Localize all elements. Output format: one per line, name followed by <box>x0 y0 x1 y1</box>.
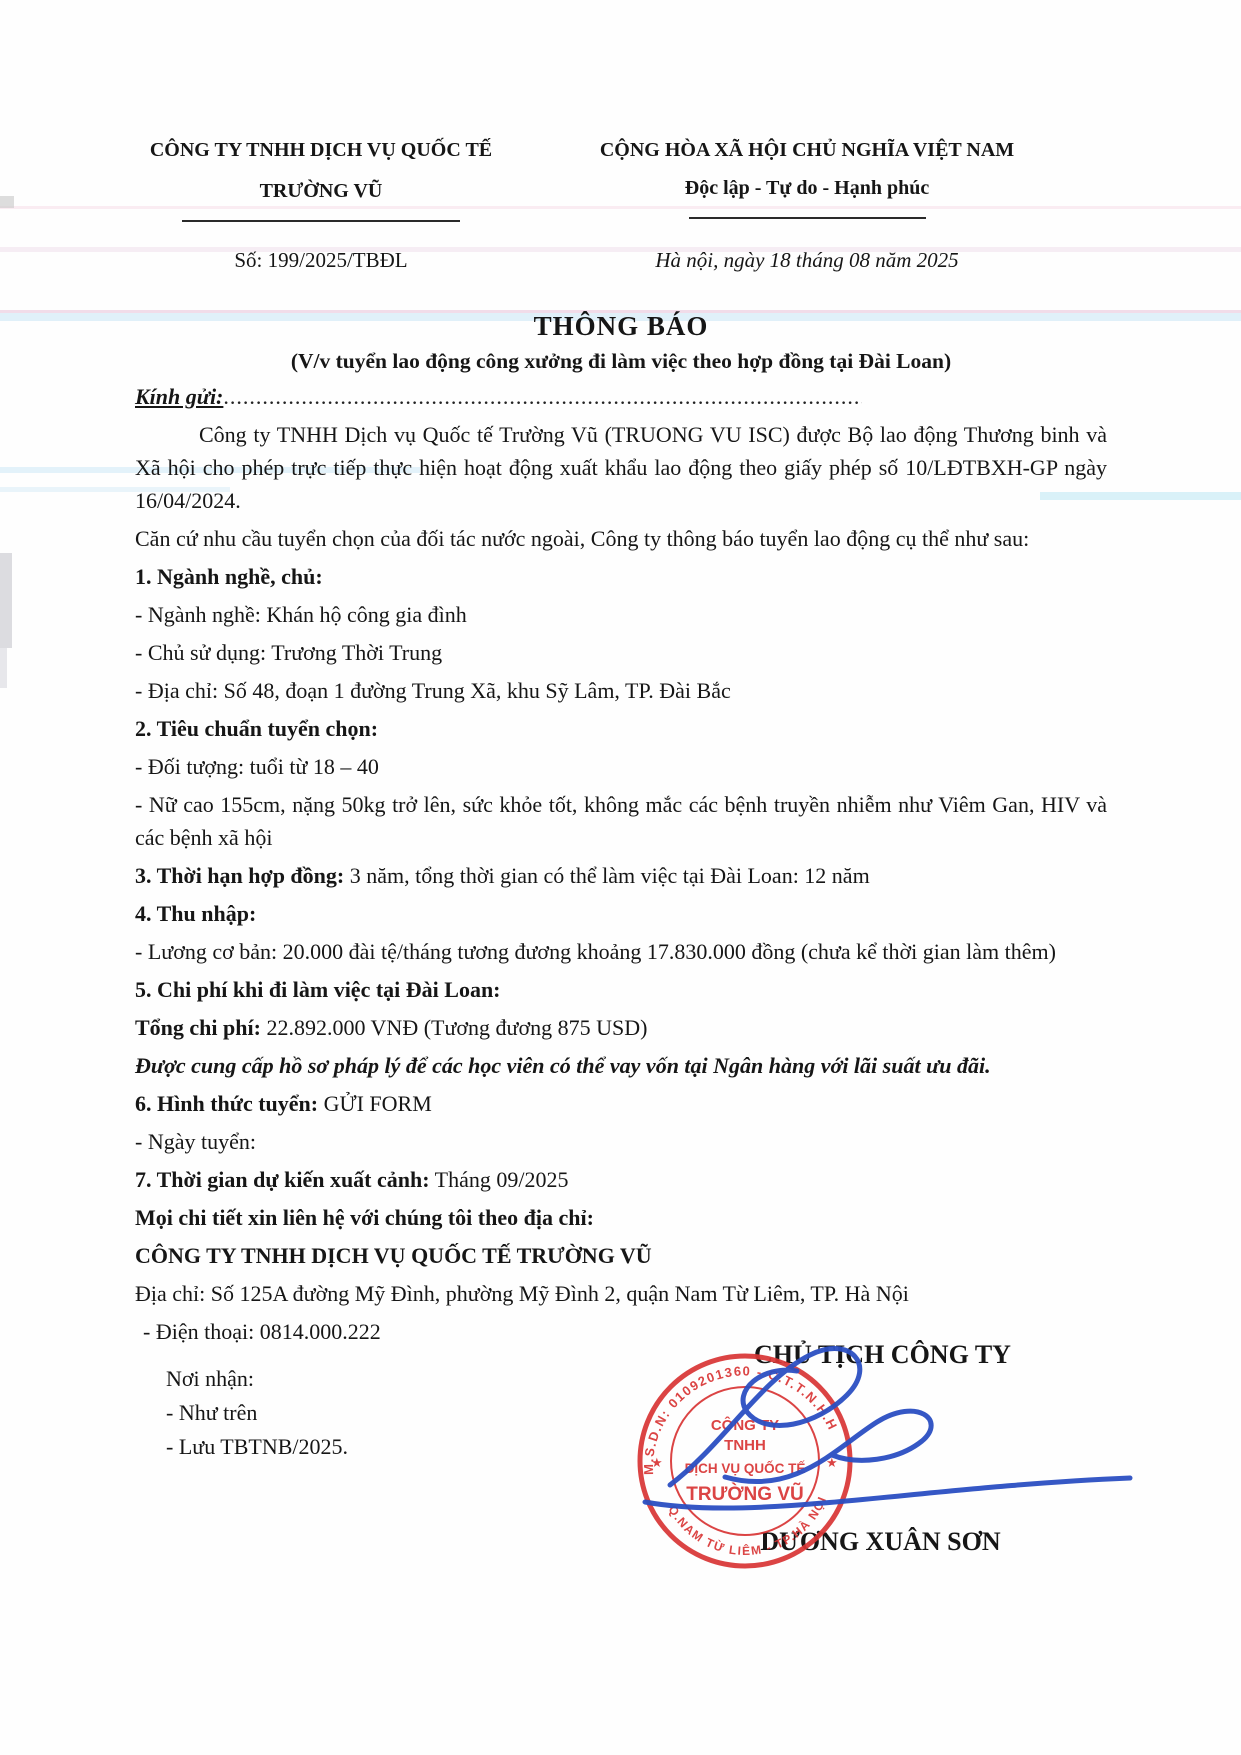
section6-text: GỬI FORM <box>324 1091 432 1116</box>
signature-stroke <box>645 1478 1130 1508</box>
section6-line: 6. Hình thức tuyển: GỬI FORM <box>135 1087 1107 1120</box>
scanned-document-page: CÔNG TY TNHH DỊCH VỤ QUỐC TẾ TRƯỜNG VŨ C… <box>0 0 1241 1755</box>
section1-item: - Ngành nghề: Khán hộ công gia đình <box>135 598 1107 631</box>
national-motto-block: CỘNG HÒA XÃ HỘI CHỦ NGHĨA VIỆT NAM Độc l… <box>507 136 1107 222</box>
contact-address: Địa chỉ: Số 125A đường Mỹ Đình, phường M… <box>135 1277 1107 1310</box>
salutation-row: Kính gửi:...............................… <box>135 384 862 410</box>
section1-item: - Chủ sử dụng: Trương Thời Trung <box>135 636 1107 669</box>
contact-heading: Mọi chi tiết xin liên hệ với chúng tôi t… <box>135 1201 1107 1234</box>
salutation-label: Kính gửi: <box>135 384 223 410</box>
document-content: CÔNG TY TNHH DỊCH VỤ QUỐC TẾ TRƯỜNG VŨ C… <box>0 0 1241 1348</box>
motto-underline <box>689 217 926 219</box>
loan-note: Được cung cấp hồ sơ pháp lý để các học v… <box>135 1049 1107 1082</box>
contact-company: CÔNG TY TNHH DỊCH VỤ QUỐC TẾ TRƯỜNG VŨ <box>135 1239 1107 1272</box>
section2-item: - Đối tượng: tuổi từ 18 – 40 <box>135 750 1107 783</box>
intro-paragraph: Công ty TNHH Dịch vụ Quốc tế Trường Vũ (… <box>135 418 1107 517</box>
section6-item: - Ngày tuyển: <box>135 1125 1107 1158</box>
recipients-item: - Lưu TBTNB/2025. <box>166 1430 348 1464</box>
issuer-block: CÔNG TY TNHH DỊCH VỤ QUỐC TẾ TRƯỜNG VŨ <box>135 136 507 222</box>
section1-item: - Địa chỉ: Số 48, đoạn 1 đường Trung Xã,… <box>135 674 1107 707</box>
recipients-item: - Như trên <box>166 1396 348 1430</box>
section2-item: - Nữ cao 155cm, nặng 50kg trở lên, sức k… <box>135 788 1107 854</box>
section3-label: 3. Thời hạn hợp đồng: <box>135 863 344 888</box>
issuer-company-line1: CÔNG TY TNHH DỊCH VỤ QUỐC TẾ <box>135 136 507 164</box>
number-date-row: Số: 199/2025/TBĐL Hà nội, ngày 18 tháng … <box>135 248 1107 273</box>
section5-total: Tổng chi phí: 22.892.000 VNĐ (Tương đươn… <box>135 1011 1107 1044</box>
total-cost-label: Tổng chi phí: <box>135 1015 261 1040</box>
section4-heading: 4. Thu nhập: <box>135 897 1107 930</box>
handwritten-signature <box>575 1325 1155 1525</box>
section2-heading: 2. Tiêu chuẩn tuyển chọn: <box>135 712 1107 745</box>
issuer-underline <box>182 220 460 222</box>
document-header: CÔNG TY TNHH DỊCH VỤ QUỐC TẾ TRƯỜNG VŨ C… <box>135 136 1107 222</box>
republic-line: CỘNG HÒA XÃ HỘI CHỦ NGHĨA VIỆT NAM <box>507 136 1107 164</box>
document-title: THÔNG BÁO <box>135 311 1107 342</box>
issuer-company-line2: TRƯỜNG VŨ <box>135 177 507 205</box>
section4-item: - Lương cơ bản: 20.000 đài tệ/tháng tươn… <box>135 935 1107 968</box>
section7-text: Tháng 09/2025 <box>435 1167 569 1192</box>
recipients-heading: Nơi nhận: <box>166 1362 348 1396</box>
section1-heading: 1. Ngành nghề, chủ: <box>135 560 1107 593</box>
motto-line: Độc lập - Tự do - Hạnh phúc <box>507 174 1107 202</box>
document-number: Số: 199/2025/TBĐL <box>135 248 507 273</box>
section7-line: 7. Thời gian dự kiến xuất cảnh: Tháng 09… <box>135 1163 1107 1196</box>
place-date: Hà nội, ngày 18 tháng 08 năm 2025 <box>507 248 1107 273</box>
section6-label: 6. Hình thức tuyển: <box>135 1091 318 1116</box>
section3-text: 3 năm, tổng thời gian có thể làm việc tạ… <box>350 863 870 888</box>
recipients-block: Nơi nhận: - Như trên - Lưu TBTNB/2025. <box>166 1362 348 1464</box>
basis-line: Căn cứ nhu cầu tuyển chọn của đối tác nư… <box>135 522 1107 555</box>
total-cost-value: 22.892.000 VNĐ (Tương đương 875 USD) <box>266 1015 647 1040</box>
section3-line: 3. Thời hạn hợp đồng: 3 năm, tổng thời g… <box>135 859 1107 892</box>
salutation-dotted-leader: ........................................… <box>223 384 862 410</box>
signature-stroke <box>670 1349 860 1485</box>
document-subtitle: (V/v tuyển lao động công xưởng đi làm vi… <box>135 349 1107 374</box>
section5-heading: 5. Chi phí khi đi làm việc tại Đài Loan: <box>135 973 1107 1006</box>
section7-label: 7. Thời gian dự kiến xuất cảnh: <box>135 1167 430 1192</box>
